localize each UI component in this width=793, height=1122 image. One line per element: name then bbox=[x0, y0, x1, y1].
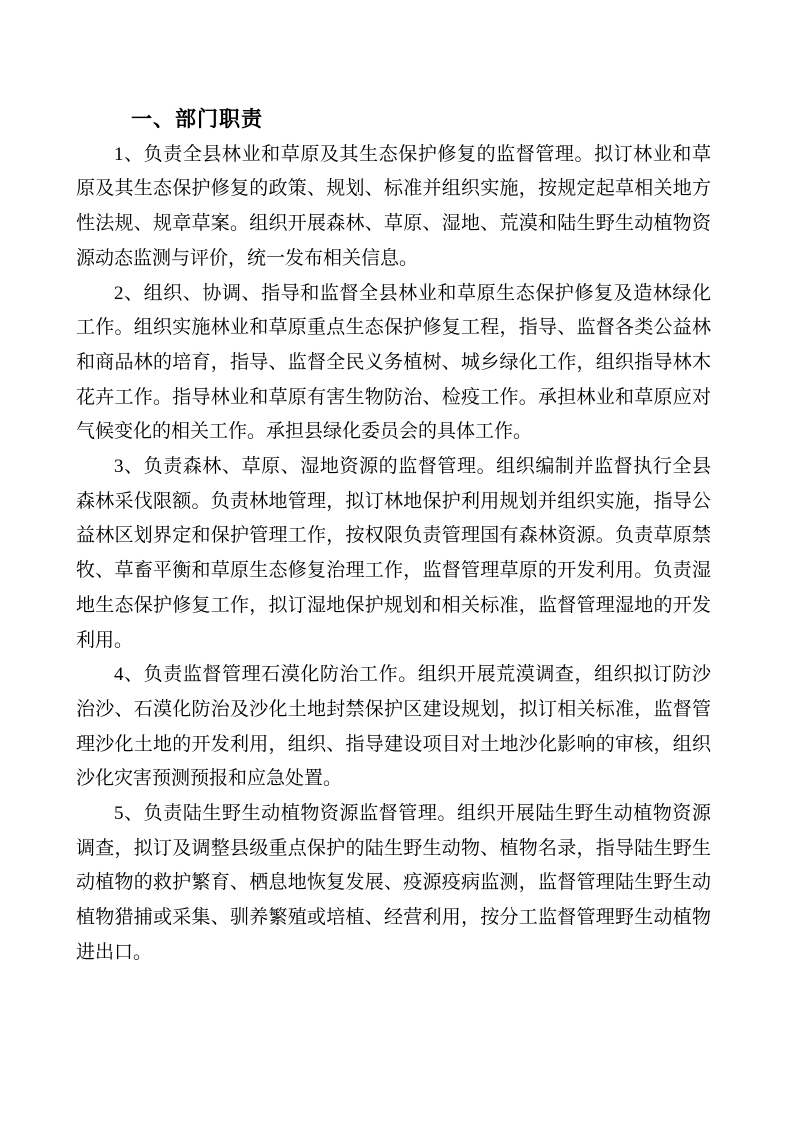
section-heading: 一、部门职责 bbox=[131, 103, 711, 138]
paragraph-4: 4、负责监督管理石漠化防治工作。组织开展荒漠调查，组织拟订防沙治沙、石漠化防治及… bbox=[76, 658, 711, 797]
paragraph-3: 3、负责森林、草原、湿地资源的监督管理。组织编制并监督执行全县森林采伐限额。负责… bbox=[76, 450, 711, 658]
paragraph-5: 5、负责陆生野生动植物资源监督管理。组织开展陆生野生动植物资源调查，拟订及调整县… bbox=[76, 797, 711, 971]
paragraph-1: 1、负责全县林业和草原及其生态保护修复的监督管理。拟订林业和草原及其生态保护修复… bbox=[76, 138, 711, 277]
paragraph-2: 2、组织、协调、指导和监督全县林业和草原生态保护修复及造林绿化工作。组织实施林业… bbox=[76, 277, 711, 451]
document-page: 一、部门职责 1、负责全县林业和草原及其生态保护修复的监督管理。拟订林业和草原及… bbox=[0, 0, 793, 1122]
